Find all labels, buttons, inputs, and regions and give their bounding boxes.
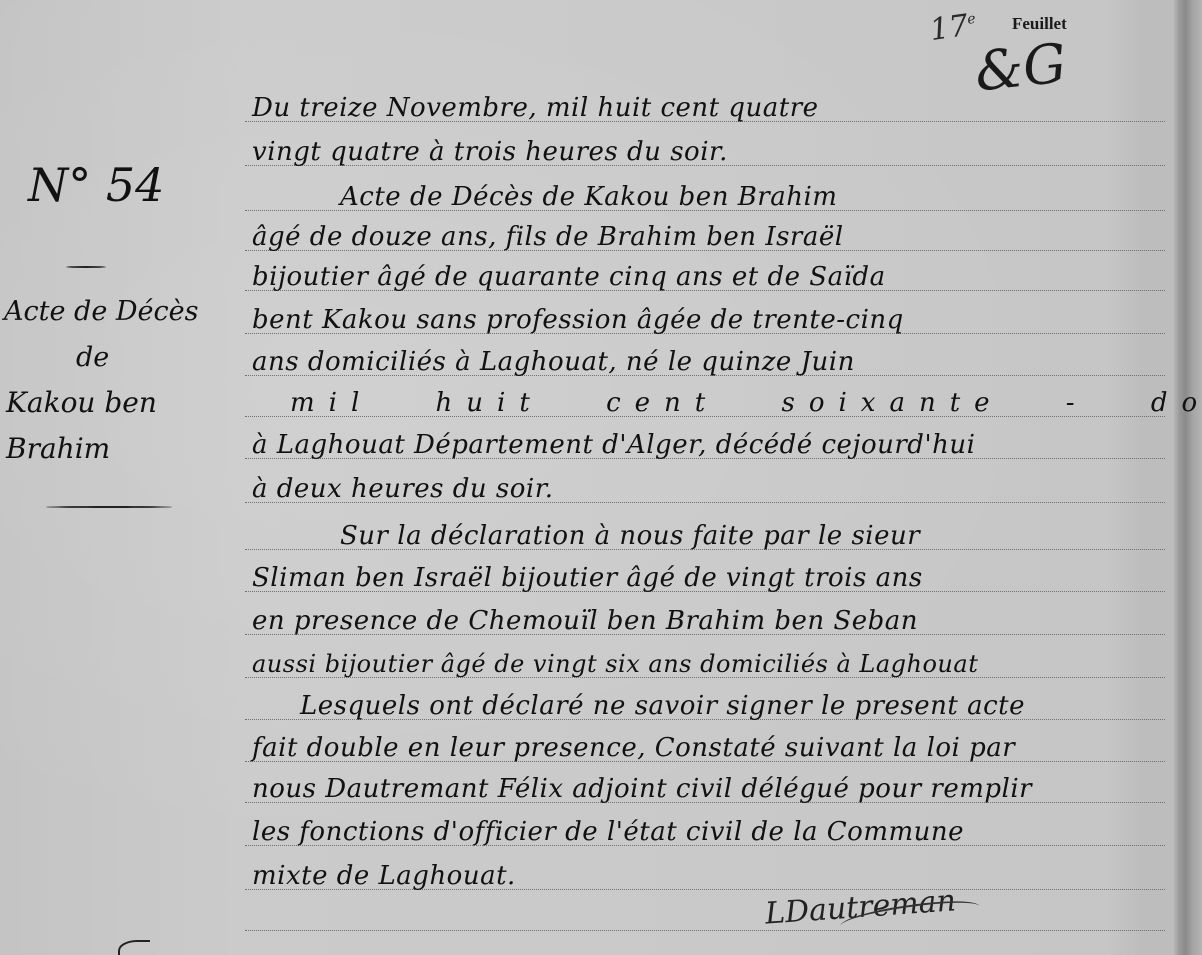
body-line-12: Sliman ben Israël bijoutier âgé de vingt… (252, 563, 1172, 593)
body-line-19: mixte de Laghouat. (252, 861, 1172, 891)
margin-separator (66, 266, 106, 268)
body-line-14: aussi bijoutier âgé de vingt six ans dom… (252, 649, 1172, 679)
margin-line-name: Kakou ben (6, 386, 157, 419)
register-page: 17e Feuillet &G N° 54 Acte de Décès de K… (0, 0, 1202, 955)
margin-line-de: de (76, 342, 109, 373)
margin-line-surname: Brahim (6, 432, 110, 465)
body-line-10: à deux heures du soir. (252, 474, 1172, 504)
body-line-1: Du treize Novembre, mil huit cent quatre (252, 93, 1172, 123)
body-line-5: bijoutier âgé de quarante cinq ans et de… (252, 262, 1172, 292)
body-line-8: mil huit cent soixante - douze, (290, 388, 1202, 418)
folio-number-value: 17 (928, 8, 971, 48)
body-line-9: à Laghouat Département d'Alger, décédé c… (252, 430, 1172, 460)
body-line-4: âgé de douze ans, fils de Brahim ben Isr… (252, 222, 1172, 252)
folio-number: 17e (928, 7, 979, 48)
body-line-16: fait double en leur presence, Constaté s… (252, 733, 1172, 763)
binding-edge (1172, 0, 1202, 955)
body-line-18: les fonctions d'officier de l'état civil… (252, 817, 1172, 847)
body-line-15: Lesquels ont déclaré ne savoir signer le… (300, 691, 1202, 721)
body-line-13: en presence de Chemouïl ben Brahim ben S… (252, 606, 1172, 636)
folio-suffix: e (966, 11, 976, 28)
body-line-6: bent Kakou sans profession âgée de trent… (252, 305, 1172, 335)
ruled-line (245, 930, 1165, 931)
body-line-3: Acte de Décès de Kakou ben Brahim (340, 182, 1202, 212)
body-line-2: vingt quatre à trois heures du soir. (252, 137, 1172, 167)
act-number: N° 54 (28, 158, 164, 212)
margin-hook-mark (118, 940, 150, 955)
margin-line-title: Acte de Décès (4, 296, 198, 327)
margin-separator-bottom (46, 506, 172, 508)
body-line-7: ans domiciliés à Laghouat, né le quinze … (252, 347, 1172, 377)
body-line-11: Sur la déclaration à nous faite par le s… (340, 521, 1202, 551)
body-line-17: nous Dautremant Félix adjoint civil délé… (252, 774, 1172, 804)
